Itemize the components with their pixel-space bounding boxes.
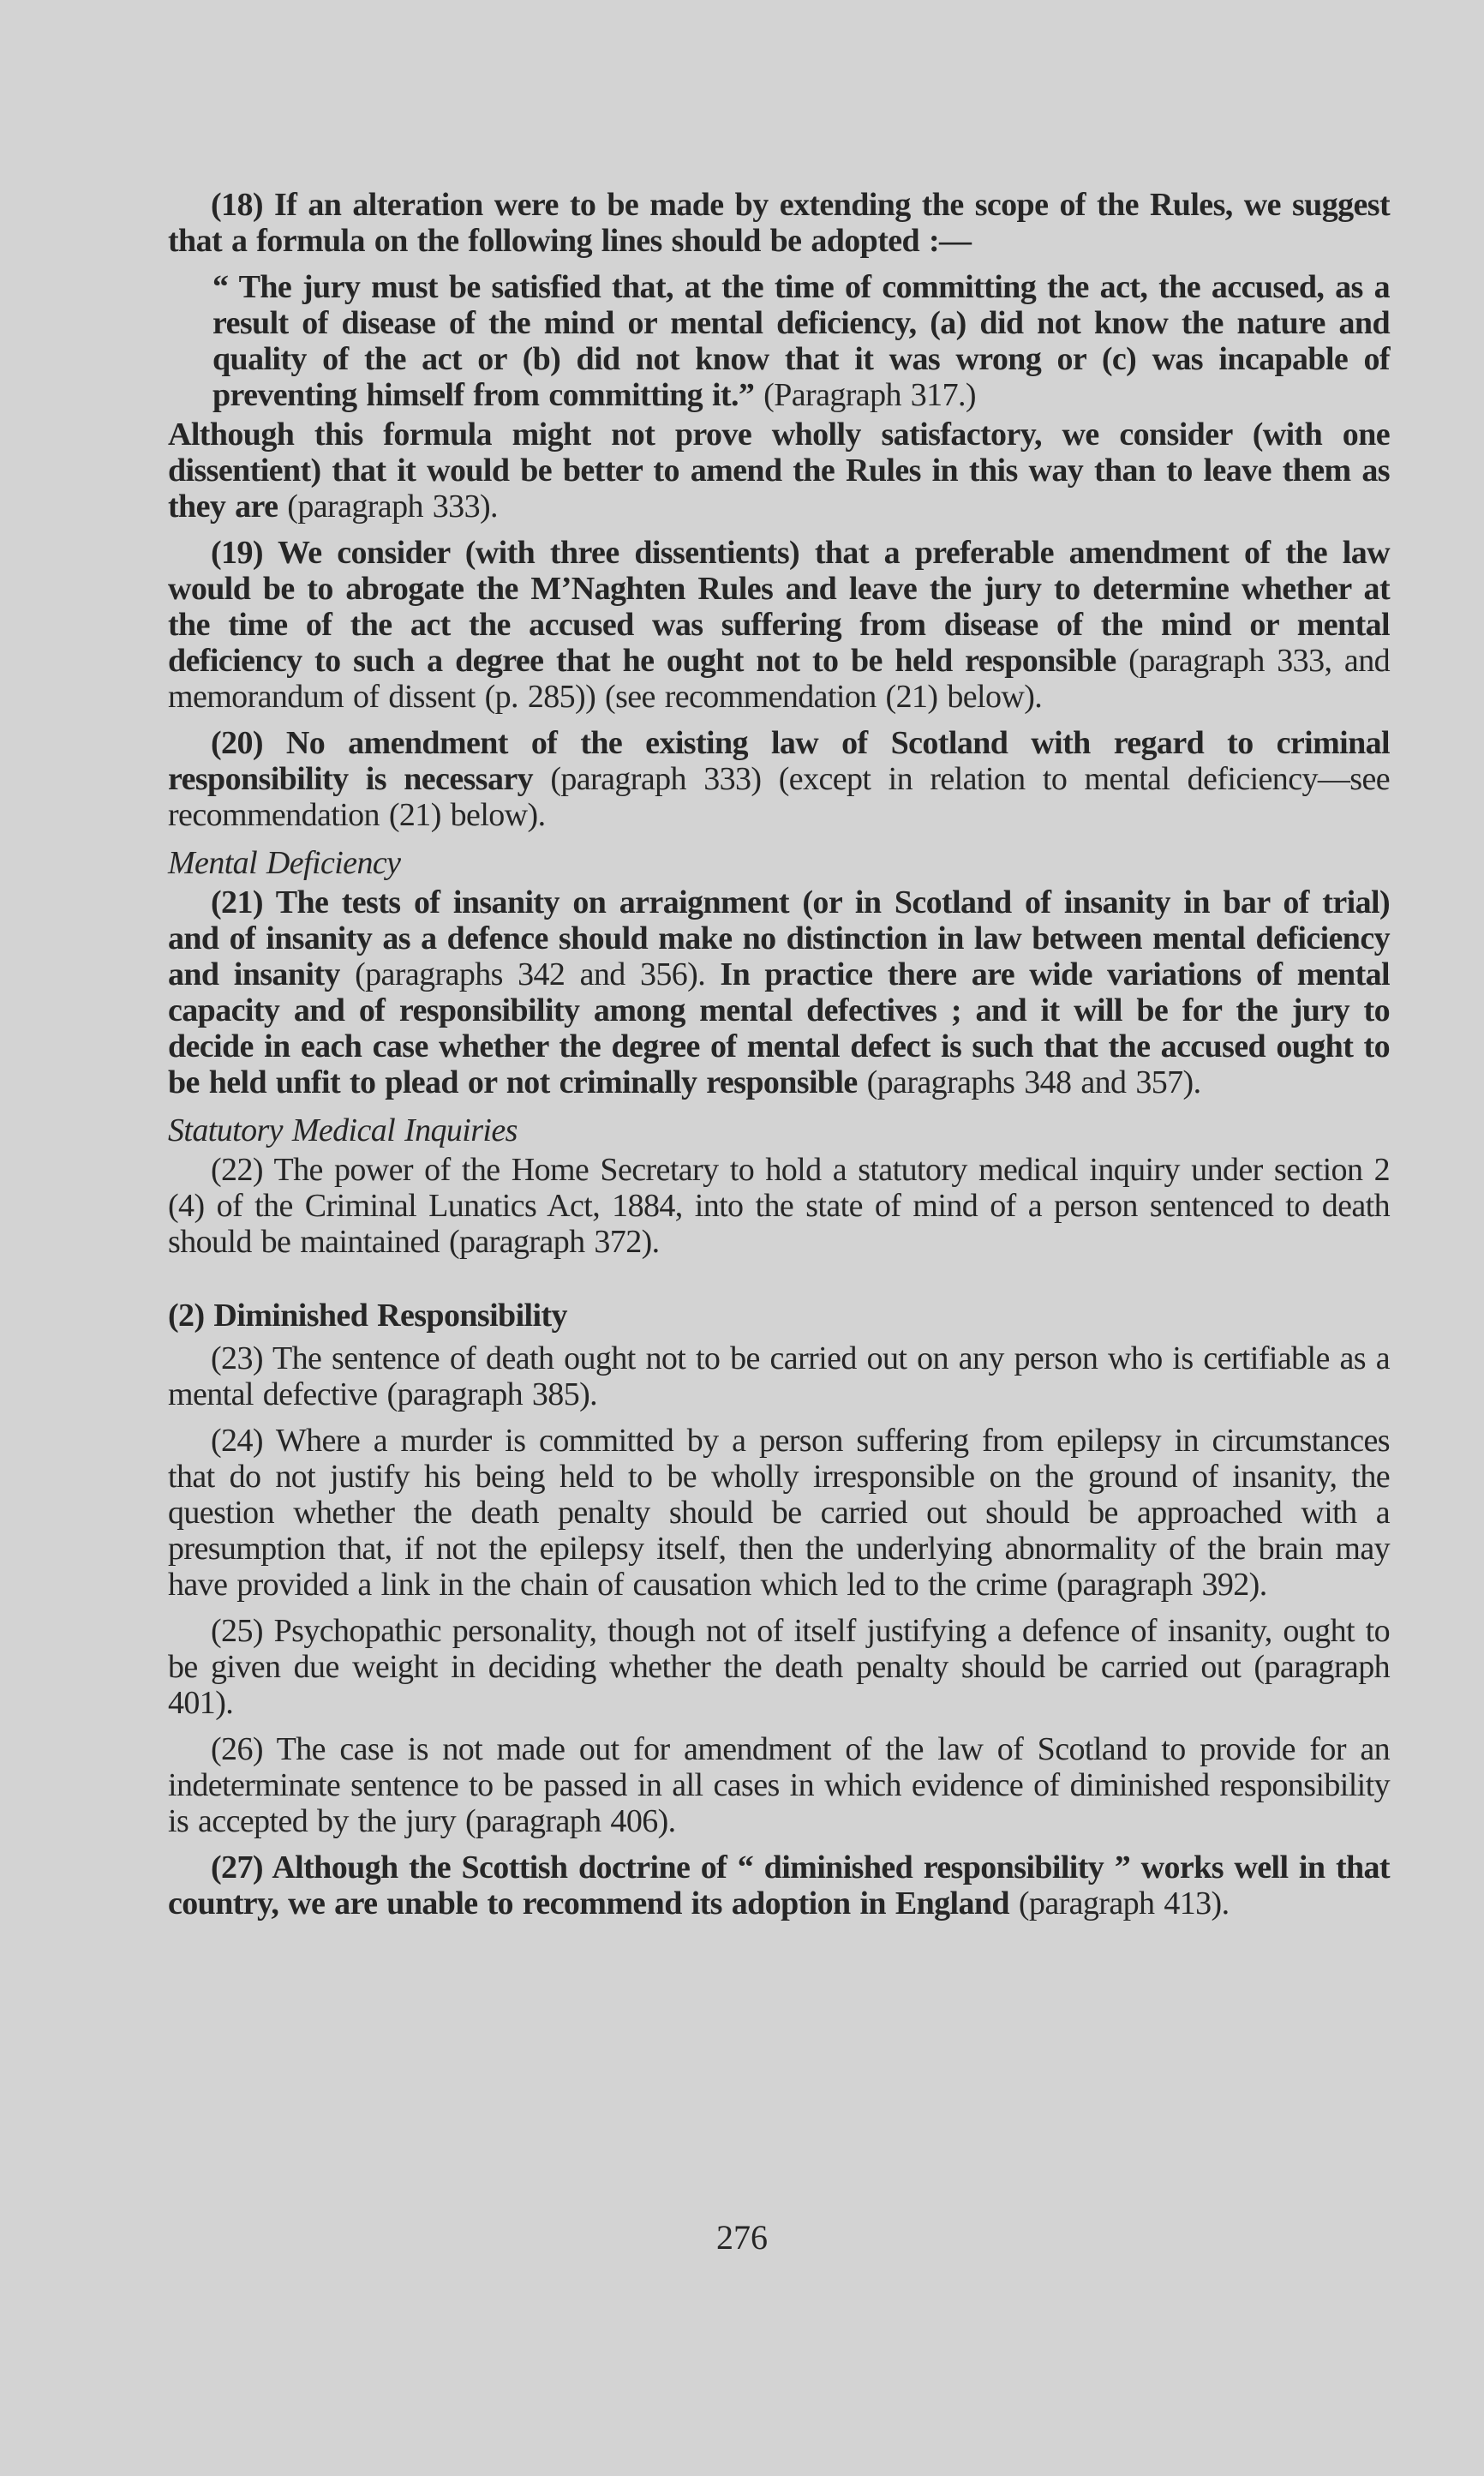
quote-reference: (Paragraph 317.): [754, 377, 976, 413]
continuation-reference: (paragraph 333).: [278, 489, 498, 525]
recommendation-24: (24) Where a murder is committed by a pe…: [168, 1423, 1390, 1603]
section-heading-diminished-responsibility: (2) Diminished Responsibility: [168, 1298, 1390, 1334]
recommendation-23: (23) The sentence of death ought not to …: [168, 1340, 1390, 1412]
recommendation-25: (25) Psychopathic personality, though no…: [168, 1613, 1390, 1721]
page-number: 276: [0, 2220, 1484, 2256]
recommendation-21-reference-1: (paragraphs 342 and 356).: [340, 956, 721, 992]
recommendation-18-continuation: Although this formula might not prove wh…: [168, 417, 1390, 525]
recommendation-20: (20) No amendment of the existing law of…: [168, 725, 1390, 833]
recommendation-21-reference-2: (paragraphs 348 and 357).: [858, 1064, 1201, 1100]
subheading-mental-deficiency: Mental Deficiency: [168, 845, 1390, 881]
recommendation-27: (27) Although the Scottish doctrine of “…: [168, 1850, 1390, 1921]
recommendation-27-reference: (paragraph 413).: [1009, 1885, 1230, 1921]
recommendation-22: (22) The power of the Home Secretary to …: [168, 1152, 1390, 1260]
recommendation-18-quote: “ The jury must be satisfied that, at th…: [168, 269, 1390, 413]
recommendation-21: (21) The tests of insanity on arraignmen…: [168, 884, 1390, 1100]
recommendation-26: (26) The case is not made out for amendm…: [168, 1731, 1390, 1839]
recommendation-18-text: (18) If an alteration were to be made by…: [168, 187, 1390, 259]
subheading-statutory-medical-inquiries: Statutory Medical Inquiries: [168, 1112, 1390, 1148]
recommendation-18: (18) If an alteration were to be made by…: [168, 187, 1390, 259]
document-page: (18) If an alteration were to be made by…: [168, 187, 1390, 1921]
recommendation-19: (19) We consider (with three dissentient…: [168, 535, 1390, 715]
